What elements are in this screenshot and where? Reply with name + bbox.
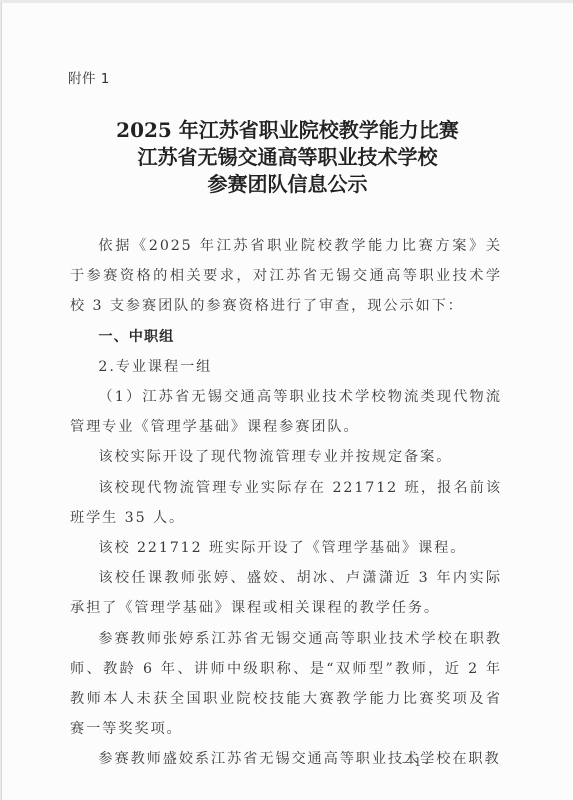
section-heading: 一、中职组 <box>70 322 502 352</box>
teachers-paragraph: 该校任课教师张婷、盛姣、胡冰、卢潇潇近 3 年内实际承担了《管理学基础》课程或相… <box>70 563 502 623</box>
attachment-label: 附件 1 <box>68 67 110 87</box>
document-title: 2025 年江苏省职业院校教学能力比赛 江苏省无锡交通高等职业技术学校 参赛团队… <box>2 117 573 198</box>
subsection-heading: 2.专业课程一组 <box>70 352 502 382</box>
title-line-3: 参赛团队信息公示 <box>2 171 573 198</box>
title-line-1: 2025 年江苏省职业院校教学能力比赛 <box>2 117 573 144</box>
major-paragraph: 该校实际开设了现代物流管理专业并按规定备案。 <box>70 442 502 472</box>
document-page: 附件 1 2025 年江苏省职业院校教学能力比赛 江苏省无锡交通高等职业技术学校… <box>1 3 573 800</box>
intro-paragraph: 依据《2025 年江苏省职业院校教学能力比赛方案》关于参赛资格的相关要求，对江苏… <box>70 231 502 322</box>
course-paragraph: 该校 221712 班实际开设了《管理学基础》课程。 <box>70 533 502 563</box>
class-paragraph: 该校现代物流管理专业实际存在 221712 班，报名前该班学生 35 人。 <box>70 473 502 533</box>
page-number: —1— <box>402 755 434 769</box>
teacher-sheng-paragraph: 参赛教师盛姣系江苏省无锡交通高等职业技术学校在职教 <box>70 744 502 774</box>
title-line-2: 江苏省无锡交通高等职业技术学校 <box>2 144 573 171</box>
teacher-zhang-paragraph: 参赛教师张婷系江苏省无锡交通高等职业技术学校在职教师、教龄 6 年、讲师中级职称… <box>70 624 502 745</box>
team-paragraph: （1）江苏省无锡交通高等职业技术学校物流类现代物流管理专业《管理学基础》课程参赛… <box>70 382 502 442</box>
document-body: 依据《2025 年江苏省职业院校教学能力比赛方案》关于参赛资格的相关要求，对江苏… <box>70 231 502 775</box>
